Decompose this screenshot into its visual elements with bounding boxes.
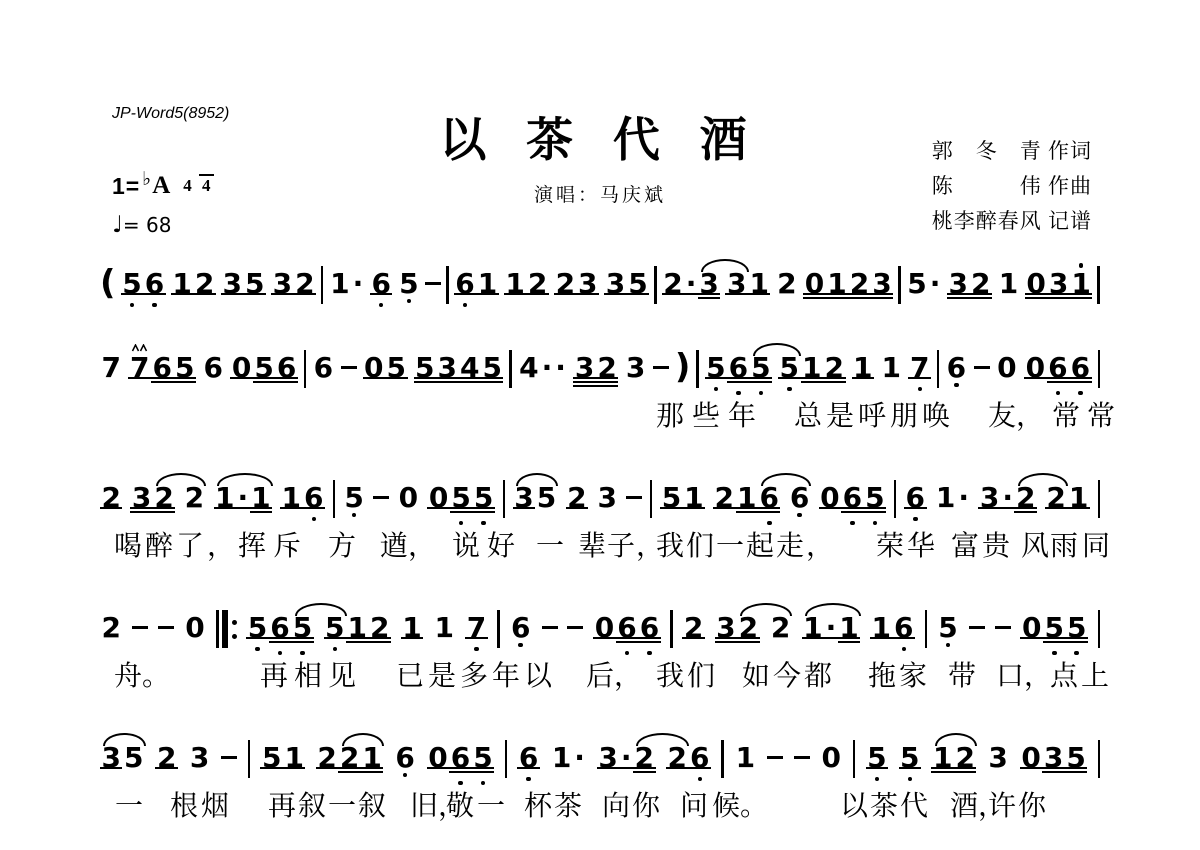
sheet-music-page: JP-Word5(8952) 以 茶 代 酒 演唱：马庆斌 郭 冬 青 作词 陈… (0, 0, 1200, 850)
note-char: 6 (727, 354, 749, 382)
beam-line (848, 297, 870, 299)
barline (509, 350, 511, 388)
note-group: 0 (397, 484, 419, 512)
lyric-run: 拖家 (868, 654, 930, 694)
lyric-run: 点上 (1050, 654, 1112, 694)
beam-line (275, 381, 297, 383)
note-group: 12 (171, 270, 216, 298)
beam-line (1024, 377, 1046, 379)
lyric-run: 一 (536, 524, 564, 564)
octave-dot-low (255, 647, 260, 652)
note-group: 1 (997, 270, 1019, 298)
note-char: 6 (758, 484, 780, 512)
beam-line (275, 377, 297, 379)
beam-line (554, 293, 576, 295)
note-char: 2 (1014, 484, 1036, 512)
barline (654, 266, 656, 304)
note-char: 6 (449, 744, 471, 772)
dash-line (995, 626, 1011, 629)
note-char: · (573, 744, 587, 772)
beam-line (573, 385, 595, 387)
beam-line (472, 511, 494, 513)
note-group: 35 (221, 270, 266, 298)
note-group: 6 (312, 354, 334, 382)
beam-line (801, 377, 823, 379)
note-char: 2 (368, 614, 390, 642)
note-group: 31 (725, 270, 770, 298)
note-char: 2 (338, 744, 360, 772)
lyric-run: 我们 (656, 654, 718, 694)
dash-line (567, 626, 583, 629)
note-char: 1 (838, 614, 860, 642)
note-char: 6 (945, 354, 967, 382)
note-char: 1 (802, 614, 824, 642)
note-group: 2 (682, 614, 704, 642)
note-char: · (540, 354, 554, 382)
beam-line (346, 637, 368, 639)
beam-line (826, 297, 848, 299)
note-char: 5 (385, 354, 407, 382)
dash-line (425, 282, 441, 285)
note-group: 3 (624, 354, 646, 382)
dash-line (341, 366, 357, 369)
note-group: 6 (517, 744, 539, 772)
beam-line (517, 767, 539, 769)
note-group: 2 (566, 484, 588, 512)
lyric-run: 杯茶 (524, 784, 584, 824)
note-char: 1 (283, 744, 305, 772)
note-group: 6 (202, 354, 224, 382)
beam-line (633, 771, 655, 773)
music-line: (561235321·65611223352·331201235·321031 (100, 252, 1100, 298)
beam-line (748, 293, 770, 295)
octave-dot-high (1079, 263, 1084, 268)
note-char: 1 (329, 270, 351, 298)
lyric-run: 带 (948, 654, 976, 694)
note-char: 5 (778, 354, 800, 382)
note-char: 0 (184, 614, 206, 642)
note-char: 1 (748, 270, 770, 298)
beam-line (947, 297, 969, 299)
note-char: 1 (683, 484, 705, 512)
beam-line (171, 293, 193, 295)
beam-line (1047, 293, 1069, 295)
beam-line (143, 293, 165, 295)
beam-line (1065, 641, 1087, 643)
note-char: 6 (517, 744, 539, 772)
beam-line (838, 641, 860, 643)
note-char: 1 (361, 744, 383, 772)
beam-line (450, 511, 472, 513)
beam-line (269, 641, 291, 643)
note-char: 3 (577, 270, 599, 298)
beam-line (130, 507, 152, 509)
barline (333, 480, 335, 518)
beam-line (253, 381, 275, 383)
beam-line (1065, 637, 1087, 639)
note-char: 0 (819, 484, 841, 512)
beam-line (682, 637, 704, 639)
note-char: 0 (593, 614, 615, 642)
note-group: 066 (593, 614, 660, 642)
barline (497, 610, 499, 648)
composer-credit: 陈 伟 作曲 (932, 169, 1092, 204)
beam-line (705, 377, 727, 379)
note-char: 1 (214, 484, 236, 512)
note-group: 6 (945, 354, 967, 382)
beam-line (436, 381, 458, 383)
note-char: 7 (128, 354, 150, 382)
note-group: 5 (866, 744, 888, 772)
note-group: 6 (788, 484, 810, 512)
beam-line (427, 767, 449, 769)
repeat-start-icon (216, 610, 237, 648)
note-char: 1 (1070, 270, 1092, 298)
beam-line (271, 293, 293, 295)
beam-line (683, 507, 705, 509)
lyrics-line: 那些年总是呼朋唤友，常常 (100, 394, 1100, 428)
note-char: 5 (864, 484, 886, 512)
beam-line (593, 637, 615, 639)
note-group: 5 (899, 744, 921, 772)
beam-line (302, 507, 324, 509)
beam-line (688, 767, 710, 769)
lyric-run: 再叙一叙 (268, 784, 388, 824)
note-char: 2 (566, 484, 588, 512)
note-char: · (824, 614, 838, 642)
note-char: · (928, 270, 942, 298)
beam-line (449, 767, 471, 769)
beam-line (577, 293, 599, 295)
note-char: 3 (1047, 270, 1069, 298)
beam-line (931, 771, 953, 773)
slur-arc (935, 733, 977, 746)
note-char: 0 (996, 354, 1018, 382)
beam-line (736, 507, 758, 509)
beam-line (1047, 381, 1069, 383)
note-char: 3 (978, 484, 1000, 512)
beam-line (236, 507, 250, 509)
note-group: 1· (934, 484, 970, 512)
octave-dot-low (913, 517, 918, 522)
note-char: 1 (346, 614, 368, 642)
beam-line (715, 641, 737, 643)
slur-arc (103, 733, 145, 746)
beam-line (1025, 297, 1047, 299)
note-group: 21 (1045, 484, 1090, 512)
key-prefix: 1= (112, 173, 140, 200)
beam-line (616, 637, 638, 639)
note-char: 1 (852, 354, 874, 382)
barline (1098, 610, 1100, 648)
time-signature: 4 4 (180, 177, 213, 195)
beam-line (361, 767, 383, 769)
note-char: 2 (848, 270, 870, 298)
note-char: 3 (436, 354, 458, 382)
beam-line (698, 293, 720, 295)
note-char: 2 (596, 354, 618, 382)
note-char: 1 (250, 484, 272, 512)
score-line: 23221·11650055352351216606561·3·221喝醉了，挥… (100, 466, 1100, 558)
beam-line (1065, 771, 1087, 773)
note-group: 32 (573, 354, 618, 382)
octave-dot-low (698, 777, 703, 782)
tempo-value: = 68 (123, 213, 172, 237)
beam-line (838, 637, 860, 639)
note-group: 26 (666, 744, 711, 772)
note-char: 0 (1024, 354, 1046, 382)
score-line: 20565512117606623221·1165055舟。再相见已是多年以后，… (100, 596, 1100, 688)
lyric-run: 同 (1082, 524, 1110, 564)
lyric-run: 常常 (1052, 394, 1122, 434)
note-char: 3 (947, 270, 969, 298)
beam-line (819, 507, 841, 509)
barline (853, 740, 855, 778)
octave-dot-low (474, 647, 479, 652)
beam-line (954, 771, 976, 773)
beam-line (660, 507, 682, 509)
note-char: 1 (171, 270, 193, 298)
beam-line (978, 507, 1000, 509)
barline (1098, 480, 1100, 518)
beam-line (513, 507, 535, 509)
lyric-run: 遒， (380, 524, 436, 564)
barline (505, 740, 507, 778)
note-char: 3 (513, 484, 535, 512)
beam-line (737, 641, 759, 643)
beam-line (155, 767, 177, 769)
note-group: 56 (121, 270, 166, 298)
octave-dot-low (463, 303, 468, 308)
beam-line (666, 767, 688, 769)
lyric-run: 一 (115, 784, 143, 824)
octave-dot-low (312, 517, 317, 522)
note-char: 2 (153, 484, 175, 512)
beam-line (1069, 377, 1091, 379)
note-char: 1 (504, 270, 526, 298)
beam-line (803, 293, 825, 295)
lyrics-line: 一根烟再叙一叙旧，敬一杯茶向你问候。以茶代酒，许你 (100, 784, 1100, 818)
note-group: 0 (820, 744, 842, 772)
note-char: 5 (660, 484, 682, 512)
note-group: 3 (596, 484, 618, 512)
note-group: 35 (604, 270, 649, 298)
note-group: 221 (316, 744, 383, 772)
note-char: 6 (616, 614, 638, 642)
lyric-run: 说好 (452, 524, 522, 564)
note-char: 5 (906, 270, 928, 298)
lyrics-line: 喝醉了，挥斥方遒，说好一辈子，我们一起走，荣华富贵风雨同 (100, 524, 1100, 558)
score-line: 7765605660553454··323)56551211760066那些年总… (100, 336, 1100, 428)
beam-line (627, 293, 649, 295)
note-group: 0123 (803, 270, 893, 298)
beam-line (848, 293, 870, 295)
dash-line (373, 496, 389, 499)
note-char: 0 (397, 484, 419, 512)
note-group: 066 (1024, 354, 1091, 382)
lyric-run: 那些年 (656, 394, 764, 434)
note-char: 5 (173, 354, 195, 382)
note-char: 2 (294, 270, 316, 298)
note-group: 23 (554, 270, 599, 298)
beam-line (454, 293, 476, 295)
note-char: 2 (316, 744, 338, 772)
note-char: 4 (518, 354, 540, 382)
beam-line (1014, 511, 1036, 513)
note-group: 1· (550, 744, 586, 772)
barline (898, 266, 900, 304)
beam-line (841, 507, 863, 509)
dash-line (969, 626, 985, 629)
note-group: 565 (246, 614, 313, 642)
note-group: 32 (130, 484, 175, 512)
note-char: 2 (183, 484, 205, 512)
beam-line (870, 637, 892, 639)
beam-line (230, 377, 252, 379)
beam-line (758, 507, 780, 509)
note-group: 6 (509, 614, 531, 642)
barline (1098, 740, 1100, 778)
note-char: 2 (737, 614, 759, 642)
octave-dot-low (130, 303, 135, 308)
lyric-run: 风雨 (1021, 524, 1079, 564)
key-signature: 1=♭A 4 4 (112, 172, 214, 200)
beam-line (616, 641, 638, 643)
note-group: 6 (370, 270, 392, 298)
note-group: 031 (1025, 270, 1092, 298)
note-group: 1 (433, 614, 455, 642)
note-char: 6 (904, 484, 926, 512)
slur-arc (1018, 473, 1068, 486)
octave-dot-low (797, 513, 802, 518)
beam-line (1070, 297, 1092, 299)
note-char: 6 (1047, 354, 1069, 382)
note-group: 5· (906, 270, 942, 298)
beam-line (1025, 293, 1047, 295)
beam-line (931, 767, 953, 769)
beam-line (504, 293, 526, 295)
note-group: 16 (870, 614, 915, 642)
beam-line (294, 293, 316, 295)
beam-line (1045, 507, 1067, 509)
beam-line (370, 293, 392, 295)
note-char: 5 (122, 744, 144, 772)
octave-dot-low (407, 299, 412, 304)
octave-dot-low (787, 387, 792, 392)
slur-arc (342, 733, 384, 746)
beam-line (596, 381, 618, 383)
music-line: 7765605660553454··323)56551211760066 (100, 336, 1100, 382)
beam-line (758, 511, 780, 513)
note-char: 5 (343, 484, 365, 512)
slur-arc (805, 603, 861, 616)
music-line: 23221·11650055352351216606561·3·221 (100, 466, 1100, 512)
score-line: (561235321·65611223352·331201235·321031 (100, 252, 1100, 298)
note-char: 2 (526, 270, 548, 298)
note-char: 1 (401, 614, 423, 642)
note-char: 3 (221, 270, 243, 298)
note-char: 5 (414, 354, 436, 382)
note-char: 3 (271, 270, 293, 298)
lyric-run: 再相见 (260, 654, 362, 694)
lyric-run: 总是呼朋唤 (794, 394, 954, 434)
key-letter: A (152, 172, 170, 200)
note-char: 6 (202, 354, 224, 382)
note-char: 3 (597, 744, 619, 772)
note-group: 1 (852, 354, 874, 382)
lyric-run: 已是多年以 (396, 654, 556, 694)
note-char: 2 (100, 614, 122, 642)
barline (696, 350, 698, 388)
lyric-run: 如今都 (742, 654, 835, 694)
note-char: 1 (550, 744, 572, 772)
note-char: 5 (535, 484, 557, 512)
beam-line (1070, 293, 1092, 295)
note-group: 065 (427, 744, 494, 772)
beam-line (260, 767, 282, 769)
barline (321, 266, 323, 304)
note-char: 2 (554, 270, 576, 298)
beam-line (214, 507, 236, 509)
barline (925, 610, 927, 648)
dash-line (132, 626, 148, 629)
note-group: 12 (504, 270, 549, 298)
note-group: 512 (324, 614, 391, 642)
barline (503, 480, 505, 518)
dash-line (542, 626, 558, 629)
note-group: 6 (394, 744, 416, 772)
note-group: 5 (343, 484, 365, 512)
beam-line (727, 381, 749, 383)
note-group: 1·1 (214, 484, 273, 512)
beam-line (472, 507, 494, 509)
barline (304, 350, 306, 388)
note-char: 5 (246, 614, 268, 642)
note-group: 5 (937, 614, 959, 642)
beam-line (713, 507, 735, 509)
note-group: 32 (947, 270, 992, 298)
beam-line (864, 507, 886, 509)
beam-line (823, 381, 845, 383)
note-char: 5 (243, 270, 265, 298)
barline (721, 740, 723, 778)
note-char: 0 (803, 270, 825, 298)
beam-line (414, 381, 436, 383)
beam-line (324, 637, 346, 639)
note-group: 216 (713, 484, 780, 512)
note-char: 2 (100, 484, 122, 512)
note-char: 6 (269, 614, 291, 642)
octave-dot-low (908, 777, 913, 782)
beam-line (243, 293, 265, 295)
beam-line (368, 641, 390, 643)
note-group: 7 (908, 354, 930, 382)
beam-line (1043, 637, 1065, 639)
beam-line (778, 377, 800, 379)
barline (248, 740, 250, 778)
beam-line (458, 377, 480, 379)
barline (650, 480, 652, 518)
note-char: 2 (769, 614, 791, 642)
note-char: 0 (820, 744, 842, 772)
barline (937, 350, 939, 388)
lyricist-credit: 郭 冬 青 作词 (932, 134, 1092, 169)
note-char: 2 (823, 354, 845, 382)
beam-line (1067, 507, 1089, 509)
note-char: 6 (841, 484, 863, 512)
beam-line (269, 637, 291, 639)
beam-line (153, 511, 175, 513)
